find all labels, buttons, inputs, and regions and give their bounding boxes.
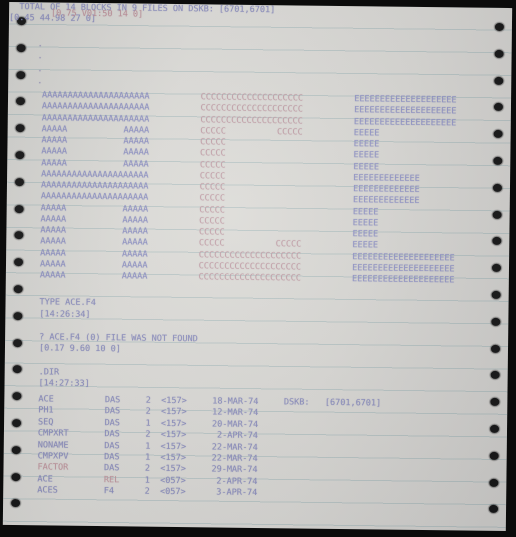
runtime-stats-top-line: [0.75 V01:50 14 0] <box>51 8 143 20</box>
col-c-glyph-column: CCCCCCCCCCCCCCCCCCCC <box>201 104 355 116</box>
dir-name: NONAME <box>38 440 105 452</box>
dir-prot: <157> <box>161 430 187 442</box>
col-a-glyph-column: AAAAAAAAAAAAAAAAAAAAA <box>41 169 200 181</box>
col-a-glyph-column: AAAAA AAAAA <box>41 147 200 159</box>
printed-content: [0.75 V01:50 14 0] .... AAAAAAAAAAAAAAAA… <box>3 2 512 531</box>
col-c-glyph-column: CCCCC <box>199 205 353 217</box>
dir-ext: DAS <box>104 463 119 475</box>
col-e-glyph-column: EEEEE <box>353 162 379 172</box>
col-c-glyph-column: CCCCC <box>199 227 353 239</box>
terminal-line: [14:27:33] <box>38 378 197 392</box>
printout-paper: [0.75 V01:50 14 0] .... AAAAAAAAAAAAAAAA… <box>3 2 512 531</box>
col-c-glyph-column: CCCCCCCCCCCCCCCCCCCC <box>201 92 355 104</box>
dir-date: 2-APR-74 <box>186 476 258 488</box>
col-a-glyph-column: AAAAA AAAAA <box>42 124 201 136</box>
dir-size: 2 <box>120 407 151 419</box>
col-e-glyph-column: EEEEE <box>353 207 379 217</box>
col-c-glyph-column: CCCCCCCCCCCCCCCCCCCC <box>200 115 354 127</box>
dir-date: 20-MAR-74 <box>186 419 258 431</box>
col-c-glyph-column: CCCCCCCCCCCCCCCCCCCC <box>199 250 353 262</box>
col-a-glyph-column: AAAAA AAAAA <box>41 203 200 215</box>
col-a-glyph-column: AAAAA AAAAA <box>41 158 200 170</box>
col-e-glyph-column: EEEEEEEEEEEEE <box>353 173 420 184</box>
dir-size: 1 <box>120 418 151 430</box>
dir-prot: <057> <box>160 476 186 488</box>
dir-prot: <157> <box>161 419 187 431</box>
col-e-glyph-column: EEEEE <box>353 218 379 228</box>
directory-listing: ACEDAS2<157>18-MAR-74DSKB:[6701,6701]PH1… <box>37 394 381 501</box>
dir-name: ACE <box>37 474 104 486</box>
col-a-glyph-column: AAAAAAAAAAAAAAAAAAAAA <box>42 90 201 102</box>
col-a-glyph-column: AAAAA AAAAA <box>41 135 200 147</box>
col-e-glyph-column: EEEEEEEEEEEEEEEEEEEE <box>354 94 456 105</box>
col-e-glyph-column: EEEEEEEEEEEEE <box>353 195 420 206</box>
dir-ext: DAS <box>104 429 119 441</box>
dir-ext: DAS <box>104 441 119 453</box>
dir-size: 2 <box>120 395 151 407</box>
col-e-glyph-column: EEEEE <box>353 150 379 160</box>
dir-ext: DAS <box>104 452 119 464</box>
terminal-line: [14:26:34] <box>39 309 198 323</box>
col-a-glyph-column: AAAAAAAAAAAAAAAAAAAAA <box>41 180 200 192</box>
dir-date: 22-MAR-74 <box>186 442 258 454</box>
prompt-dot-line: . <box>37 63 42 75</box>
col-a-glyph-column: AAAAAAAAAAAAAAAAAAAAA <box>42 102 201 114</box>
dir-size: 1 <box>119 475 150 487</box>
dir-name: ACES <box>37 485 104 497</box>
col-c-glyph-column: CCCCC <box>200 182 354 194</box>
dir-size: 2 <box>120 430 151 442</box>
printout-photo: [0.75 V01:50 14 0] .... AAAAAAAAAAAAAAAA… <box>0 0 516 537</box>
prompt-dot-line: . <box>37 51 42 63</box>
col-c-glyph-column: CCCCC <box>200 160 354 172</box>
terminal-line: [0.17 9.60 10 0] <box>39 344 198 358</box>
col-a-glyph-column: AAAAA AAAAA <box>40 270 199 282</box>
col-a-glyph-column: AAAAAAAAAAAAAAAAAAAAA <box>42 113 201 125</box>
dir-ppn: [6701,6701] <box>325 398 381 409</box>
dir-date: 2-APR-74 <box>186 430 258 442</box>
col-c-glyph-column: CCCCCCCCCCCCCCCCCCCC <box>198 272 352 284</box>
col-a-glyph-column: AAAAA AAAAA <box>40 237 199 249</box>
dir-prot: <157> <box>161 441 187 453</box>
col-a-glyph-column: AAAAA AAAAA <box>40 259 199 271</box>
dir-prot: <157> <box>161 396 187 408</box>
col-c-glyph-column: CCCCC <box>199 194 353 206</box>
col-c-glyph-column: CCCCC <box>199 216 353 228</box>
col-a-glyph-column: AAAAAAAAAAAAAAAAAAAAA <box>41 192 200 204</box>
dir-prot: <157> <box>160 464 186 476</box>
prompt-dots-block: .... <box>37 38 43 87</box>
dir-prot: <057> <box>160 487 186 499</box>
dir-date: 29-MAR-74 <box>186 464 258 476</box>
col-a-glyph-column: AAAAA AAAAA <box>41 214 200 226</box>
dir-date: 3-APR-74 <box>186 487 258 499</box>
dir-prot: <157> <box>161 407 187 419</box>
col-c-glyph-column: CCCCC <box>200 171 354 183</box>
col-c-glyph-column: CCCCC CCCCC <box>199 239 353 251</box>
col-e-glyph-column: EEEEEEEEEEEEEEEEEEEE <box>352 252 454 263</box>
dir-size: 2 <box>119 486 150 498</box>
col-e-glyph-column: EEEEE <box>354 139 380 149</box>
col-e-glyph-column: EEEEEEEEEEEEEEEEEEEE <box>352 274 454 285</box>
col-c-glyph-column: CCCCC CCCCC <box>200 126 354 138</box>
col-e-glyph-column: EEEEEEEEEEEEEEEEEEEE <box>354 117 456 128</box>
ascii-banner-ace: AAAAAAAAAAAAAAAAAAAAA CCCCCCCCCCCCCCCCCC… <box>40 90 457 286</box>
dir-date: 18-MAR-74 <box>187 396 259 408</box>
dir-name: FACTOR <box>37 463 104 475</box>
dir-ext: DAS <box>105 395 120 407</box>
col-e-glyph-column: EEEEEEEEEEEEEEEEEEEE <box>352 263 454 274</box>
col-a-glyph-column: AAAAA AAAAA <box>40 248 199 260</box>
dir-device: DSKB: <box>284 397 310 407</box>
dir-name: PH1 <box>38 406 105 418</box>
dir-ext: REL <box>104 475 119 487</box>
dir-date: 22-MAR-74 <box>186 453 258 465</box>
col-e-glyph-column: EEEEE <box>354 128 380 138</box>
dir-date: 12-MAR-74 <box>187 408 259 420</box>
col-e-glyph-column: EEEEEEEEEEEEEEEEEEEE <box>354 105 456 116</box>
terminal-session-block: TYPE ACE.F4[14:26:34] ? ACE.F4 (0) FILE … <box>38 297 198 392</box>
dir-ext: DAS <box>105 418 120 430</box>
dir-size: 1 <box>119 452 150 464</box>
dir-size: 1 <box>120 441 151 453</box>
dir-size: 2 <box>119 464 150 476</box>
prompt-dot-line: . <box>38 38 43 50</box>
dir-ext: DAS <box>105 407 120 419</box>
col-a-glyph-column: AAAAA AAAAA <box>40 225 199 237</box>
col-c-glyph-column: CCCCC <box>200 149 354 161</box>
col-e-glyph-column: EEEEEEEEEEEEE <box>353 184 420 195</box>
prompt-dot-line: . <box>37 75 42 87</box>
col-c-glyph-column: CCCCCCCCCCCCCCCCCCCC <box>199 261 353 273</box>
dir-name: CMPXRT <box>38 429 105 441</box>
dir-prot: <157> <box>160 453 186 465</box>
col-e-glyph-column: EEEEE <box>352 240 378 250</box>
dir-ext: F4 <box>104 486 119 498</box>
col-c-glyph-column: CCCCC <box>200 137 354 149</box>
col-e-glyph-column: EEEEE <box>353 229 379 239</box>
